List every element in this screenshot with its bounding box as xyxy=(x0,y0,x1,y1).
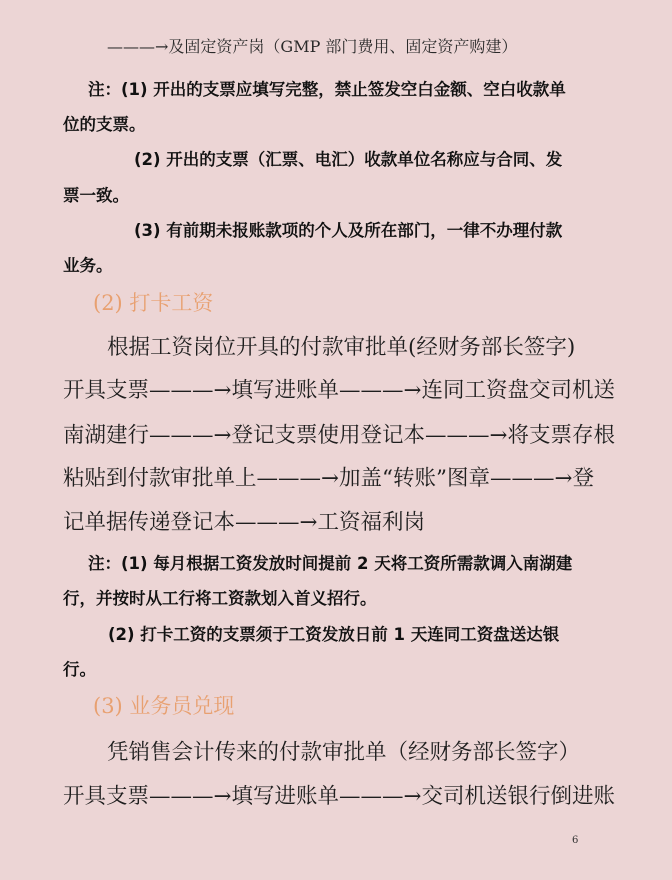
paragraph-line: 开具支票———→填写进账单———→连同工资盘交司机送 xyxy=(63,373,615,404)
text-line: ———→及固定资产岗（GMP 部门费用、固定资产购建） xyxy=(107,34,517,57)
paragraph-line: 粘贴到付款审批单上———→加盖“转账”图章———→登 xyxy=(63,461,594,492)
note-line: 业务。 xyxy=(63,252,113,276)
document-page: ———→及固定资产岗（GMP 部门费用、固定资产购建） 注：(1) 开出的支票应… xyxy=(0,0,672,880)
section-heading: (3) 业务员兑现 xyxy=(93,690,234,720)
section-heading: (2) 打卡工资 xyxy=(93,287,213,317)
note-line: (2) 开出的支票（汇票、电汇）收款单位名称应与合同、发 xyxy=(134,146,562,170)
note-line: 票一致。 xyxy=(63,182,129,206)
note-line: 行。 xyxy=(63,656,96,680)
note-line: 注：(1) 每月根据工资发放时间提前 2 天将工资所需款调入南湖建 xyxy=(88,550,572,574)
note-line: 位的支票。 xyxy=(63,111,146,135)
paragraph-line: 记单据传递登记本———→工资福利岗 xyxy=(63,505,425,536)
paragraph-line: 凭销售会计传来的付款审批单（经财务部长签字） xyxy=(107,735,580,766)
page-number: 6 xyxy=(572,835,578,846)
note-line: 注：(1) 开出的支票应填写完整，禁止签发空白金额、空白收款单 xyxy=(88,76,566,100)
paragraph-line: 根据工资岗位开具的付款审批单(经财务部长签字) xyxy=(107,330,575,361)
paragraph-line: 开具支票———→填写进账单———→交司机送银行倒进账 xyxy=(63,779,615,810)
note-line: (2) 打卡工资的支票须于工资发放日前 1 天连同工资盘送达银 xyxy=(108,621,559,645)
paragraph-line: 南湖建行———→登记支票使用登记本———→将支票存根 xyxy=(63,418,615,449)
note-line: 行，并按时从工行将工资款划入首义招行。 xyxy=(63,585,377,609)
note-line: (3) 有前期未报账款项的个人及所在部门，一律不办理付款 xyxy=(134,217,562,241)
